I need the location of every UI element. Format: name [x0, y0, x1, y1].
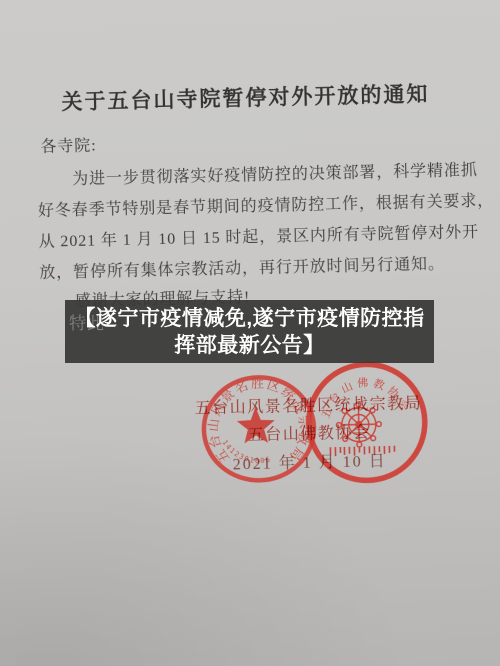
body-line: 放，暂停所有集体宗教活动，再行开放时间另行通知。	[39, 250, 479, 283]
document-photo: 关于五台山寺院暂停对外开放的通知 各寺院: 为进一步贯彻落实好疫情防控的决策部署…	[0, 0, 500, 666]
overlay-caption-banner: 特此 【遂宁市疫情减免,遂宁市疫情防控指 挥部最新公告】	[65, 300, 434, 363]
page-title: 关于五台山寺院暂停对外开放的通知	[0, 76, 496, 117]
salutation: 各寺院:	[40, 124, 476, 157]
banner-text-line: 挥部最新公告】	[65, 332, 434, 359]
body-line: 好冬春季节特别是春节期间的疫情防控工作，根据有关要求，	[38, 188, 478, 221]
date-line: 2021 年 1 月 10 日	[163, 446, 455, 476]
body-line: 从 2021 年 1 月 10 日 15 时起，景区内所有寺院暂停对外开	[38, 219, 478, 252]
org-name-line: 五台山风景名胜区统战宗教局	[162, 389, 454, 419]
org-name-line: 五台山佛教协会	[163, 417, 455, 447]
banner-text-line: 【遂宁市疫情减免,遂宁市疫情防控指	[65, 305, 434, 332]
body-line: 为进一步贯彻落实好疫情防控的决策部署，科学精准抓	[37, 157, 477, 190]
